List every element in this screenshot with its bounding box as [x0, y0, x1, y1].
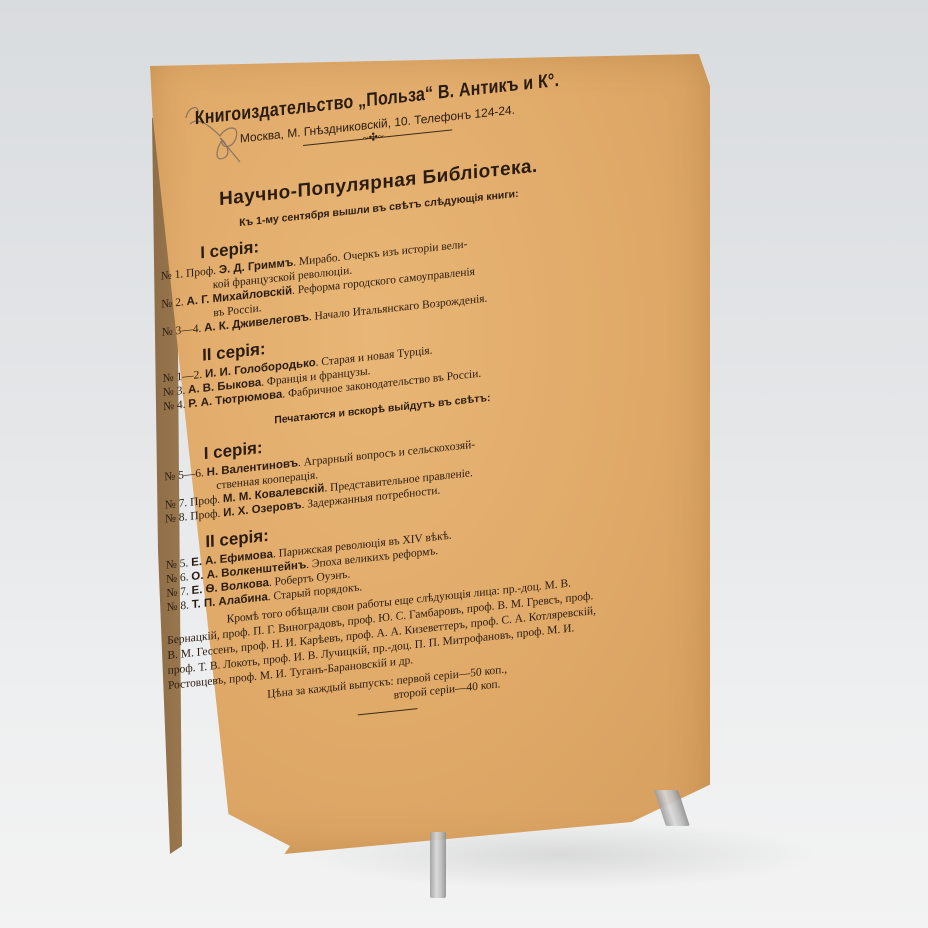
entry-number: № 2. [161, 296, 184, 310]
entry-number: № 4. [163, 399, 186, 413]
entry-number: № 7. [165, 497, 188, 511]
entry-number: № 6. [166, 571, 189, 585]
entry-number: № 8. [167, 599, 190, 613]
released-list: I серія:№ 1. Проф. Э. Д. Гриммъ. Мирабо.… [160, 202, 600, 415]
entry-number: № 3. [163, 385, 186, 399]
entry-number: № 8. [165, 511, 188, 525]
cover-text: Книгоиздательство „Польза“ В. Антикъ и К… [158, 66, 606, 735]
entry-number: № 1. [161, 268, 184, 282]
stand-leg-left [430, 832, 446, 898]
entry-prefix: Проф. [186, 265, 216, 280]
photo-scene: Книгоиздательство „Польза“ В. Антикъ и К… [0, 0, 928, 928]
ornament-icon: ~✣~ [363, 130, 384, 145]
entry-prefix: Проф. [190, 508, 220, 523]
entry-number: № 3—4. [162, 323, 202, 339]
entry-number: № 5. [166, 557, 189, 571]
entry-number: № 7. [166, 585, 189, 599]
